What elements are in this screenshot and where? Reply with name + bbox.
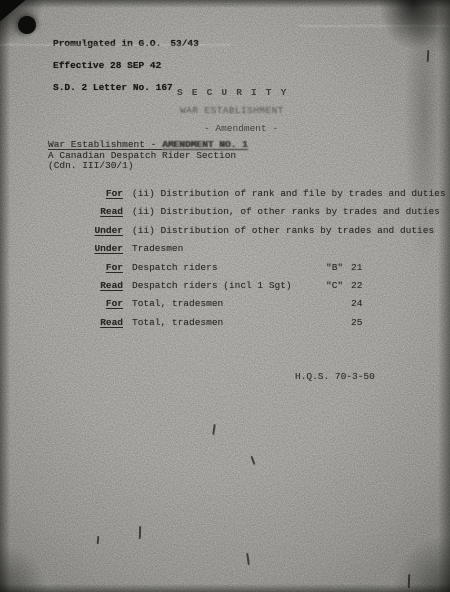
serial-number: 21 (351, 263, 362, 273)
directive-label: Read (0, 281, 123, 291)
amendment-text: (ii) Distribution of rank and file by tr… (132, 189, 446, 199)
scratch-mark (212, 424, 215, 435)
amendment-text: Total, tradesmen (132, 299, 223, 309)
trade-group: "C" (326, 281, 343, 291)
scan-streak (300, 25, 450, 27)
amendment-text: (ii) Distribution, of other ranks by tra… (132, 207, 440, 217)
amendment-title-left: War Establishment - (48, 139, 162, 150)
directive-label: Read (0, 207, 123, 217)
sd-letter-line: S.D. 2 Letter No. 167 (53, 83, 173, 93)
scratch-mark (251, 456, 255, 465)
scratch-mark (427, 50, 429, 62)
directive-label: Under (0, 226, 123, 236)
serial-number: 25 (351, 318, 362, 328)
amendment-text: Total, tradesmen (132, 318, 223, 328)
serial-number: 24 (351, 299, 362, 309)
scratch-mark (246, 553, 249, 565)
amendment-title: War Establishment - AMENDMENT NO. 1 (48, 140, 248, 150)
amendment-row: For Despatch riders "B" 21 (0, 260, 450, 278)
scratch-mark (408, 574, 410, 588)
amendment-row: Under Tradesmen (0, 241, 450, 259)
amendment-text: (ii) Distribution of other ranks by trad… (132, 226, 434, 236)
file-reference: H.Q.S. 70-3-50 (295, 372, 375, 382)
serial-number: 22 (351, 281, 362, 291)
amendment-subheading: - Amendment - (204, 124, 278, 134)
directive-label: For (0, 299, 123, 309)
amendment-text: Tradesmen (132, 244, 183, 254)
directive-label: For (0, 189, 123, 199)
establishment-reference: (Cdn. III/30/1) (48, 161, 134, 171)
scanned-document-page: Promulgated in G.O.53/43 Effective 28 SE… (0, 0, 450, 592)
amendment-row: For Total, tradesmen 24 (0, 296, 450, 314)
amendment-row: Read Despatch riders (incl 1 Sgt) "C" 22 (0, 278, 450, 296)
effective-date-line: Effective 28 SEP 42 (53, 61, 161, 71)
amendment-title-number: AMENDMENT NO. 1 (162, 139, 248, 150)
security-classification: S E C U R I T Y (177, 88, 288, 98)
amendment-row: Under (ii) Distribution of other ranks b… (0, 223, 450, 241)
scratch-mark (139, 526, 141, 539)
punch-hole (18, 16, 36, 34)
amendment-row: Read Total, tradesmen 25 (0, 315, 450, 333)
amendment-rows: For (ii) Distribution of rank and file b… (0, 186, 450, 333)
scan-streak (0, 44, 230, 46)
directive-label: Read (0, 318, 123, 328)
amendment-row: Read (ii) Distribution, of other ranks b… (0, 204, 450, 222)
document-type-heading: WAR ESTABLISHMENT (180, 106, 284, 116)
amendment-text: Despatch riders (132, 263, 218, 273)
scratch-mark (97, 536, 99, 544)
amendment-text: Despatch riders (incl 1 Sgt) (132, 281, 292, 291)
directive-label: Under (0, 244, 123, 254)
amendment-row: For (ii) Distribution of rank and file b… (0, 186, 450, 204)
trade-group: "B" (326, 263, 343, 273)
directive-label: For (0, 263, 123, 273)
